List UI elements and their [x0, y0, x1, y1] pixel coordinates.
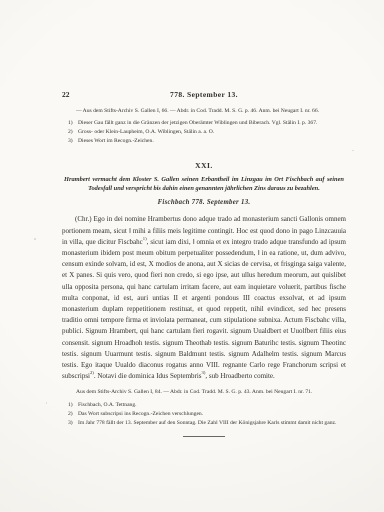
scan-speck [352, 150, 354, 151]
footnote: 2)Gross- oder Klein-Laupheim, O.A. Wibli… [62, 129, 346, 136]
footnote-marker: 1) [68, 120, 73, 127]
footnotes-top: 1)Dieser Gau fällt ganz in die Gränzen d… [62, 120, 346, 145]
charter-regest: Hrambert vermacht dem Kloster S. Gallen … [64, 175, 344, 194]
footnote-reference: 1) [143, 236, 147, 241]
footnote: 3)Dieses Wort im Recogn.-Zeichen. [62, 138, 346, 145]
running-head-date: 778. September 13. [62, 90, 346, 99]
footnote-text: Dieser Gau fällt ganz in die Gränzen der… [78, 120, 317, 126]
footnote-marker: 2) [68, 411, 73, 418]
end-divider [183, 436, 225, 437]
scanned-book-page: 22 778. September 13. — Aus dem Stifts-A… [0, 0, 384, 512]
footnote-text: Das Wort subscripsi ins Recogn.-Zeichen … [78, 411, 203, 417]
footnote-marker: 2) [68, 129, 73, 136]
text-block: 22 778. September 13. — Aus dem Stifts-A… [62, 90, 346, 437]
footnote: 1)Dieser Gau fällt ganz in die Gränzen d… [62, 120, 346, 127]
footnote-text: Fischbach, O.A. Tettnang. [78, 402, 137, 408]
footnotes-bottom: 1)Fischbach, O.A. Tettnang. 2)Das Wort s… [62, 402, 346, 427]
source-note-bottom: Aus dem Stifts-Archiv S. Gallen I, 84. —… [62, 389, 346, 396]
footnote-text: Dieses Wort im Recogn.-Zeichen. [78, 138, 154, 144]
footnote-marker: 1) [68, 402, 73, 409]
footnote-reference: 3) [202, 370, 206, 375]
charter-number: XXI. [62, 161, 346, 170]
charter-dateline: Fischbach 778. September 13. [62, 199, 346, 206]
scan-speck [34, 238, 36, 240]
footnote: 3)Im Jahr 778 fällt der 13. September au… [62, 420, 346, 427]
footnote-marker: 3) [68, 138, 73, 145]
footnote-marker: 3) [68, 420, 73, 427]
footnote-reference: 2) [90, 370, 94, 375]
scan-speck [46, 402, 47, 404]
footnote: 2)Das Wort subscripsi ins Recogn.-Zeiche… [62, 411, 346, 418]
footnote-text: Im Jahr 778 fällt der 13. September auf … [78, 420, 336, 426]
charter-text: (Chr.) Ego in dei nomine Hrambertus dono… [62, 214, 346, 382]
footnote-text: Gross- oder Klein-Laupheim, O.A. Wibling… [78, 129, 214, 135]
running-head: 22 778. September 13. [62, 90, 346, 100]
footnote: 1)Fischbach, O.A. Tettnang. [62, 402, 346, 409]
source-note-top: — Aus dem Stifts-Archiv S. Gallen I, 66.… [62, 108, 346, 115]
